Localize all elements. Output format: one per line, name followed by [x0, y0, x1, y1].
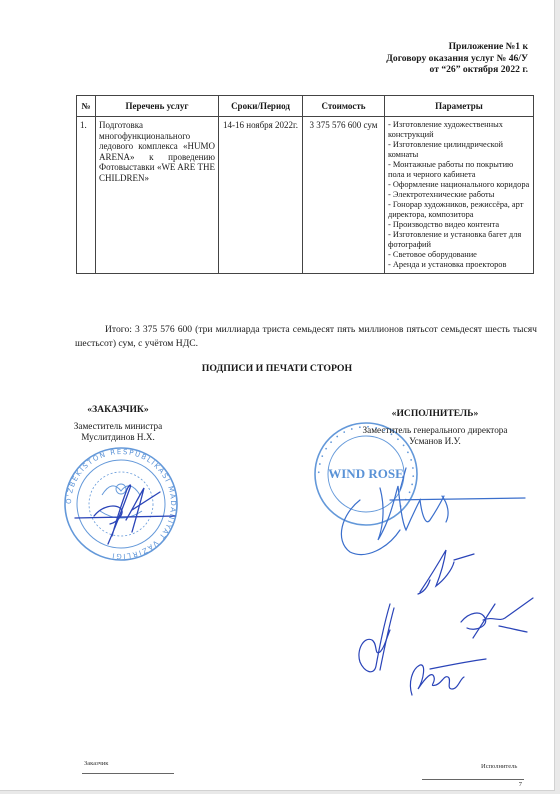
customer-block: «ЗАКАЗЧИК» Заместитель министра Муслитди…	[48, 404, 188, 443]
service-description: Подготовка многофункционального ледового…	[96, 117, 219, 274]
parameter-item: - Изготовление и установка багет для фот…	[388, 230, 530, 250]
parameter-item: - Производство видео контента	[388, 220, 530, 230]
service-period: 14-16 ноября 2022г.	[219, 117, 303, 274]
customer-name: Муслитдинов Н.Х.	[48, 432, 188, 443]
col-header-services: Перечень услуг	[96, 96, 219, 117]
contract-date: от “26” октября 2022 г.	[386, 64, 528, 76]
table-row: 1. Подготовка многофункционального ледов…	[77, 117, 534, 274]
col-header-cost: Стоимость	[303, 96, 385, 117]
col-header-number: №	[77, 96, 96, 117]
service-parameters: - Изготовление художественных конструкци…	[385, 117, 534, 274]
parameter-item: - Гонорар художников, режиссёра, арт дир…	[388, 200, 530, 220]
signatures-section-title: ПОДПИСИ И ПЕЧАТИ СТОРОН	[0, 363, 554, 374]
footer-contractor-signature-line	[422, 779, 524, 780]
parameter-item: - Электротехнические работы	[388, 190, 530, 200]
parameter-item: - Оформление национального коридора	[388, 180, 530, 190]
col-header-period: Сроки/Период	[219, 96, 303, 117]
service-cost: 3 375 576 600 сум	[303, 117, 385, 274]
footer-customer-signature-line	[82, 773, 174, 774]
contractor-block: «ИСПОЛНИТЕЛЬ» Заместитель генерального д…	[340, 408, 530, 447]
table-header-row: № Перечень услуг Сроки/Период Стоимость …	[77, 96, 534, 117]
parameter-item: - Монтажные работы по покрытию пола и че…	[388, 160, 530, 180]
customer-signature-icon	[70, 470, 180, 550]
parameter-item: - Изготовление художественных конструкци…	[388, 120, 530, 140]
col-header-parameters: Параметры	[385, 96, 534, 117]
document-page: Приложение №1 к Договору оказания услуг …	[0, 0, 555, 791]
appendix-title: Приложение №1 к	[386, 41, 528, 53]
row-number: 1.	[77, 117, 96, 274]
customer-position: Заместитель министра	[48, 421, 188, 432]
signature-3-icon	[455, 590, 535, 650]
appendix-header: Приложение №1 к Договору оказания услуг …	[386, 41, 528, 76]
contractor-name: Усманов И.У.	[340, 436, 530, 447]
contract-reference: Договору оказания услуг № 46/У	[386, 53, 528, 65]
total-amount-text: Итого: 3 375 576 600 (три миллиарда трис…	[75, 323, 537, 351]
page-number: 7	[519, 781, 522, 788]
parameter-item: - Аренда и установка проекторов	[388, 260, 530, 270]
contractor-role: «ИСПОЛНИТЕЛЬ»	[340, 408, 530, 419]
customer-role: «ЗАКАЗЧИК»	[48, 404, 188, 415]
footer-contractor-label: Исполнитель	[481, 763, 517, 770]
footer-customer-label: Заказчик	[84, 760, 108, 767]
contractor-position: Заместитель генерального директора	[340, 425, 530, 436]
parameter-item: - Световое оборудование	[388, 250, 530, 260]
parameter-item: - Изготовление цилиндрической комнаты	[388, 140, 530, 160]
services-table: № Перечень услуг Сроки/Период Стоимость …	[76, 95, 534, 274]
signature-5-icon	[400, 655, 490, 700]
